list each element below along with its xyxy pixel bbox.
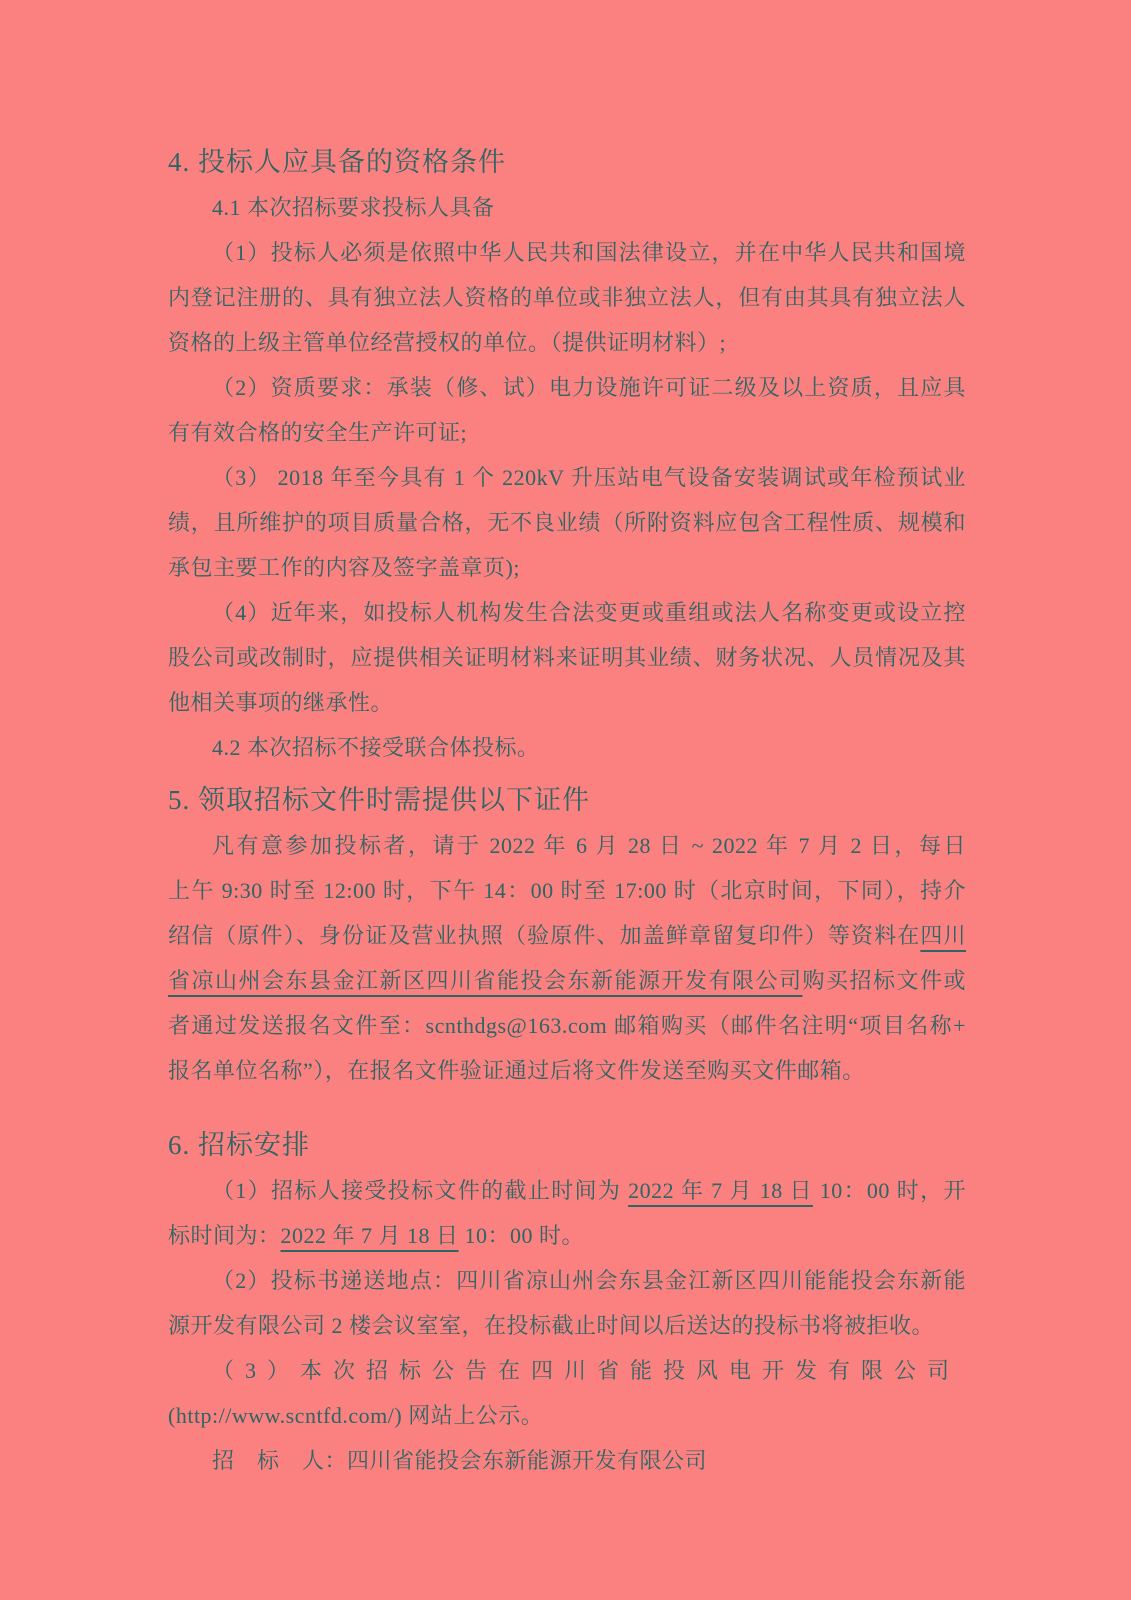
- underlined-text: 2022 年 7 月 18 日: [281, 1223, 459, 1248]
- document-page: 4. 投标人应具备的资格条件4.1 本次招标要求投标人具备（1）投标人必须是依照…: [0, 0, 1131, 1600]
- text-segment: (http://www.scntfd.com/) 网站上公示。: [168, 1403, 543, 1428]
- text-segment: 资格的上级主管单位经营授权的单位。（提供证明材料）;: [168, 330, 726, 355]
- text-segment: 5. 领取招标文件时需提供以下证件: [168, 785, 590, 815]
- section-6-item-2-line-2: 源开发有限公司 2 楼会议室室，在投标截止时间以后送达的投标书将被拒收。: [168, 1303, 966, 1348]
- text-segment: （4）近年来，如投标人机构发生合法变更或重组或法人名称变更或设立控: [212, 600, 966, 625]
- section-5-line-1: 凡有意参加投标者，请于 2022 年 6 月 28 日 ~ 2022 年 7 月…: [168, 823, 966, 868]
- text-segment: （1）招标人接受投标文件的截止时间为: [212, 1178, 628, 1203]
- section-5-line-4: 省凉山州会东县金江新区四川省能投会东新能源开发有限公司购买招标文件或: [168, 958, 966, 1003]
- text-segment: 股公司或改制时，应提供相关证明材料来证明其业绩、财务状况、人员情况及其: [168, 645, 966, 670]
- text-segment: 4.2 本次招标不接受联合体投标。: [212, 735, 540, 760]
- section-5-line-5: 者通过发送报名文件至：scnthdgs@163.com 邮箱购买（邮件名注明“项…: [168, 1003, 966, 1048]
- underlined-text: 2022 年 7 月 18 日: [628, 1178, 813, 1203]
- underlined-text: 省凉山州会东县金江新区四川省能投会东新能源开发有限公司: [168, 968, 802, 993]
- item-3-line-3: 承包主要工作的内容及签字盖章页);: [168, 545, 966, 590]
- clause-4-1: 4.1 本次招标要求投标人具备: [168, 185, 966, 230]
- underlined-text: 四川: [920, 923, 966, 948]
- text-segment: 标时间为：: [168, 1223, 281, 1248]
- section-4-heading: 4. 投标人应具备的资格条件: [168, 140, 966, 185]
- item-4-line-2: 股公司或改制时，应提供相关证明材料来证明其业绩、财务状况、人员情况及其: [168, 635, 966, 680]
- document-body: 4. 投标人应具备的资格条件4.1 本次招标要求投标人具备（1）投标人必须是依照…: [168, 140, 966, 1483]
- section-6-item-3-line-1: （3）本次招标公告在四川省能投风电开发有限公司: [168, 1348, 966, 1393]
- text-segment: （3）本次招标公告在四川省能投风电开发有限公司: [212, 1358, 960, 1383]
- text-segment: 内登记注册的、具有独立法人资格的单位或非独立法人，但有由其具有独立法人: [168, 285, 966, 310]
- text-segment: 10：00 时。: [459, 1223, 585, 1248]
- text-segment: （3） 2018 年至今具有 1 个 220kV 升压站电气设备安装调试或年检预…: [212, 465, 966, 490]
- item-4-line-3: 他相关事项的继承性。: [168, 680, 966, 725]
- text-segment: 报名单位名称”），在报名文件验证通过后将文件发送至购买文件邮箱。: [168, 1058, 865, 1083]
- section-5-line-2: 上午 9:30 时至 12:00 时，下午 14：00 时至 17:00 时（北…: [168, 868, 966, 913]
- text-segment: 他相关事项的继承性。: [168, 690, 393, 715]
- text-segment: 源开发有限公司 2 楼会议室室，在投标截止时间以后送达的投标书将被拒收。: [168, 1313, 934, 1338]
- text-segment: 10：00 时，开: [813, 1178, 966, 1203]
- text-segment: 有有效合格的安全生产许可证;: [168, 420, 467, 445]
- text-segment: 4. 投标人应具备的资格条件: [168, 147, 506, 177]
- item-4-line-1: （4）近年来，如投标人机构发生合法变更或重组或法人名称变更或设立控: [168, 590, 966, 635]
- item-3-line-2: 绩，且所维护的项目质量合格，无不良业绩（所附资料应包含工程性质、规模和: [168, 500, 966, 545]
- text-segment: 6. 招标安排: [168, 1130, 310, 1160]
- section-6-item-1-line-1: （1）招标人接受投标文件的截止时间为 2022 年 7 月 18 日 10：00…: [168, 1168, 966, 1213]
- clause-4-2: 4.2 本次招标不接受联合体投标。: [168, 725, 966, 770]
- item-2-line-2: 有有效合格的安全生产许可证;: [168, 410, 966, 455]
- text-segment: （2）资质要求：承装（修、试）电力设施许可证二级及以上资质，且应具: [212, 375, 966, 400]
- item-1-line-1: （1）投标人必须是依照中华人民共和国法律设立，并在中华人民共和国境: [168, 230, 966, 275]
- section-6-item-2-line-1: （2）投标书递送地点：四川省凉山州会东县金江新区四川能能投会东新能: [168, 1258, 966, 1303]
- item-2-line-1: （2）资质要求：承装（修、试）电力设施许可证二级及以上资质，且应具: [168, 365, 966, 410]
- text-segment: （2）投标书递送地点：四川省凉山州会东县金江新区四川能能投会东新能: [212, 1268, 966, 1293]
- text-segment: 凡有意参加投标者，请于 2022 年 6 月 28 日 ~ 2022 年 7 月…: [212, 833, 966, 858]
- text-segment: 购买招标文件或: [802, 968, 966, 993]
- item-1-line-3: 资格的上级主管单位经营授权的单位。（提供证明材料）;: [168, 320, 966, 365]
- item-1-line-2: 内登记注册的、具有独立法人资格的单位或非独立法人，但有由其具有独立法人: [168, 275, 966, 320]
- text-segment: 者通过发送报名文件至：scnthdgs@163.com 邮箱购买（邮件名注明“项…: [168, 1013, 966, 1038]
- section-5-heading: 5. 领取招标文件时需提供以下证件: [168, 778, 966, 823]
- section-5-line-6: 报名单位名称”），在报名文件验证通过后将文件发送至购买文件邮箱。: [168, 1048, 966, 1093]
- text-segment: 绩，且所维护的项目质量合格，无不良业绩（所附资料应包含工程性质、规模和: [168, 510, 966, 535]
- section-6-heading: 6. 招标安排: [168, 1123, 966, 1168]
- text-segment: （1）投标人必须是依照中华人民共和国法律设立，并在中华人民共和国境: [212, 240, 966, 265]
- text-segment: 上午 9:30 时至 12:00 时，下午 14：00 时至 17:00 时（北…: [168, 878, 966, 903]
- section-6-item-3-line-2: (http://www.scntfd.com/) 网站上公示。: [168, 1393, 966, 1438]
- section-5-line-3: 绍信（原件）、身份证及营业执照（验原件、加盖鲜章留复印件）等资料在四川: [168, 913, 966, 958]
- text-segment: 4.1 本次招标要求投标人具备: [212, 195, 495, 220]
- section-6-item-1-line-2: 标时间为：2022 年 7 月 18 日 10：00 时。: [168, 1213, 966, 1258]
- tenderer-line: 招 标 人：四川省能投会东新能源开发有限公司: [168, 1438, 966, 1483]
- text-segment: 招 标 人：四川省能投会东新能源开发有限公司: [212, 1448, 707, 1473]
- text-segment: 承包主要工作的内容及签字盖章页);: [168, 555, 520, 580]
- item-3-line-1: （3） 2018 年至今具有 1 个 220kV 升压站电气设备安装调试或年检预…: [168, 455, 966, 500]
- text-segment: 绍信（原件）、身份证及营业执照（验原件、加盖鲜章留复印件）等资料在: [168, 923, 920, 948]
